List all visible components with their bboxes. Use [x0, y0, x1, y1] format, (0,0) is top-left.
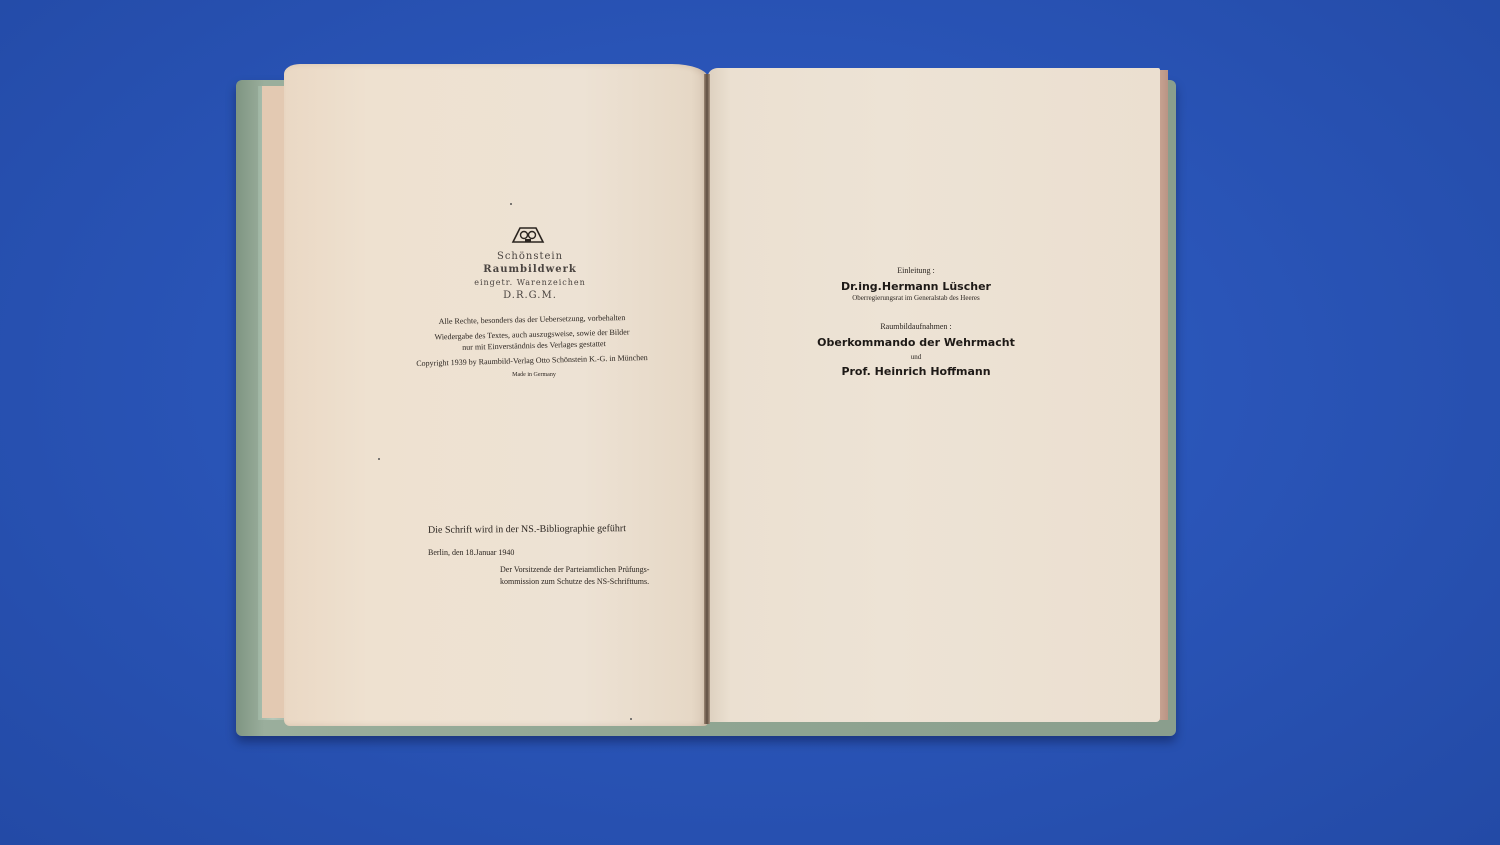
rights-line-5: Made in Germany — [512, 372, 556, 378]
photos-source-2: Prof. Heinrich Hoffmann — [841, 365, 990, 378]
paper-speck — [510, 203, 512, 205]
paper-speck — [378, 458, 380, 460]
bibliography-notice: Die Schrift wird in der NS.-Bibliographi… — [428, 523, 626, 536]
intro-author: Dr.ing.Hermann Lüscher — [841, 280, 991, 293]
paper-speck — [630, 718, 632, 720]
notice-signature-2: kommission zum Schutze des NS-Schrifttum… — [500, 577, 649, 586]
trademark-line-3: eingetr. Warenzeichen — [474, 278, 586, 287]
book-gutter — [704, 74, 710, 724]
notice-date: Berlin, den 18.Januar 1940 — [428, 548, 514, 557]
photos-label: Raumbildaufnahmen : — [880, 322, 951, 331]
and-label: und — [911, 353, 922, 361]
right-page — [708, 68, 1160, 722]
trademark-line-4: D.R.G.M. — [503, 290, 557, 301]
intro-label: Einleitung : — [897, 266, 935, 275]
schoenstein-logo-icon — [511, 226, 545, 244]
trademark-line-2: Raumbildwerk — [483, 264, 577, 275]
photos-source-1: Oberkommando der Wehrmacht — [817, 336, 1015, 349]
notice-signature-1: Der Vorsitzende der Parteiamtlichen Prüf… — [500, 565, 649, 574]
trademark-line-1: Schönstein — [497, 251, 563, 262]
left-page — [284, 64, 708, 726]
intro-author-title: Oberregierungsrat im Generalstab des Hee… — [852, 294, 980, 302]
